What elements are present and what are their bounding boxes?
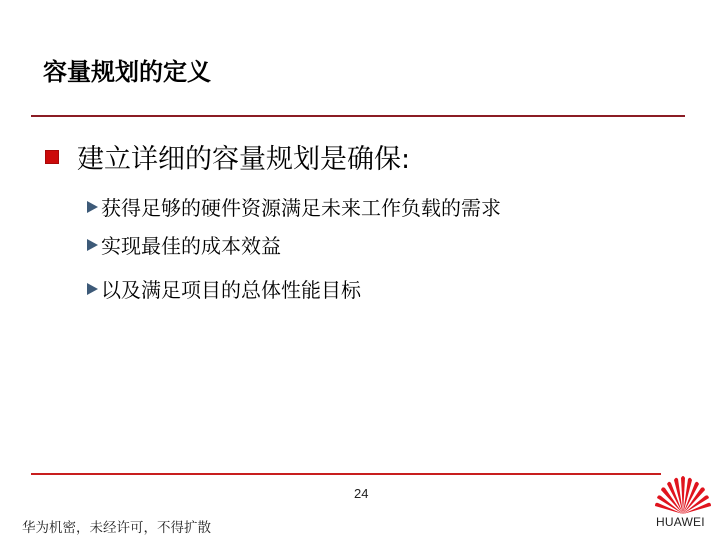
sub-bullet-text: 获得足够的硬件资源满足未来工作负载的需求 bbox=[101, 192, 501, 221]
sub-bullet-text: 以及满足项目的总体性能目标 bbox=[101, 274, 361, 303]
sub-bullet: 获得足够的硬件资源满足未来工作负载的需求 bbox=[87, 192, 501, 221]
arrowhead-bullet-icon bbox=[87, 201, 98, 213]
sub-bullet: 实现最佳的成本效益 bbox=[87, 230, 281, 259]
page-number: 24 bbox=[354, 486, 368, 501]
sub-bullet: 以及满足项目的总体性能目标 bbox=[87, 274, 361, 303]
slide-title: 容量规划的定义 bbox=[43, 52, 211, 87]
footer-divider bbox=[31, 473, 661, 475]
main-bullet: 建立详细的容量规划是确保: bbox=[45, 137, 410, 176]
huawei-logo-text: HUAWEI bbox=[656, 515, 705, 529]
sub-bullet-text: 实现最佳的成本效益 bbox=[101, 230, 281, 259]
confidential-notice: 华为机密，未经许可，不得扩散 bbox=[22, 516, 211, 536]
red-square-bullet-icon bbox=[45, 150, 59, 164]
arrowhead-bullet-icon bbox=[87, 239, 98, 251]
main-bullet-text: 建立详细的容量规划是确保: bbox=[77, 137, 410, 176]
arrowhead-bullet-icon bbox=[87, 283, 98, 295]
title-divider bbox=[31, 115, 685, 117]
